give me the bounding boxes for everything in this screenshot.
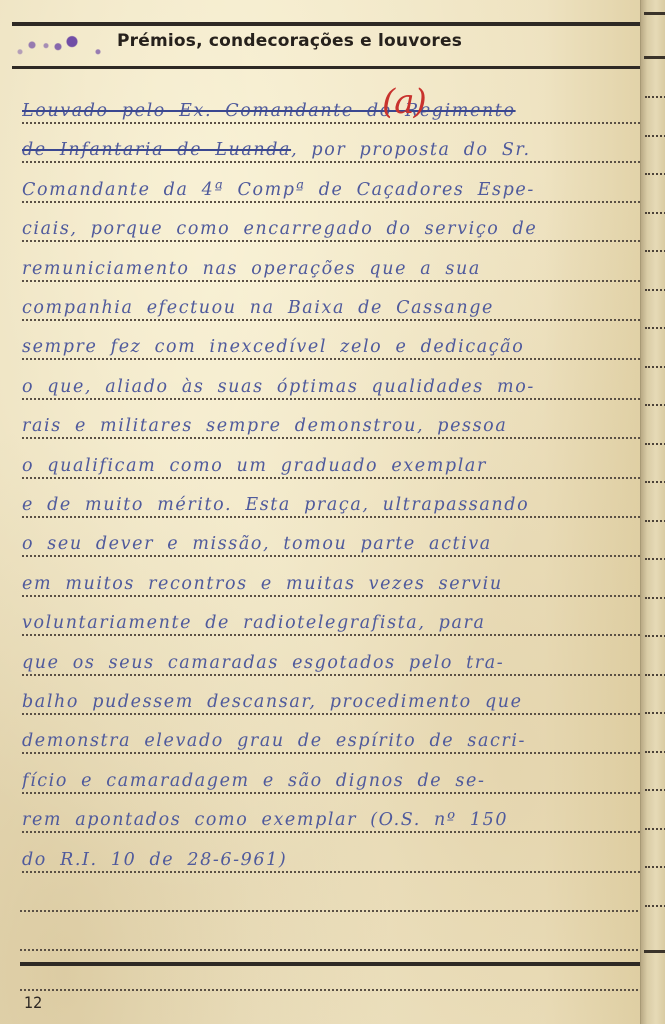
next-page-rule <box>644 950 665 953</box>
ruled-line <box>20 907 638 951</box>
section-title: Prémios, condecorações e louvores <box>117 31 462 51</box>
line-text: sempre fez com inexcedível zelo e dedica… <box>22 337 524 357</box>
handwritten-line-text: Louvado pelo Ex. Comandante do Regimento <box>22 101 640 121</box>
ruled-line: ciais, porque como encarregado do serviç… <box>22 198 640 242</box>
ruled-line: balho pudessem descansar, procedimento q… <box>22 671 640 715</box>
next-page-dotted-line <box>645 250 665 252</box>
handwritten-line-text: balho pudessem descansar, procedimento q… <box>22 692 640 712</box>
next-page-dotted-line <box>645 789 665 791</box>
line-text: ciais, porque como encarregado do serviç… <box>22 219 537 239</box>
footer-rule <box>20 962 640 966</box>
handwritten-line-text: demonstra elevado grau de espírito de sa… <box>22 731 640 751</box>
line-text: que os seus camaradas esgotados pelo tra… <box>22 653 504 673</box>
handwritten-line-text: que os seus camaradas esgotados pelo tra… <box>22 653 640 673</box>
ruled-line: Comandante da 4ª Compª de Caçadores Espe… <box>22 159 640 203</box>
line-text: o que, aliado às suas óptimas qualidades… <box>22 377 535 397</box>
handwritten-line-text: do R.I. 10 de 28-6-961) <box>22 850 640 870</box>
ruled-line: de Infantaria de Luanda, por proposta do… <box>22 119 640 163</box>
line-text: rem apontados como exemplar (O.S. nº 150 <box>22 810 508 830</box>
next-page-dotted-line <box>645 212 665 214</box>
line-text: demonstra elevado grau de espírito de sa… <box>22 731 526 751</box>
ruled-line: sempre fez com inexcedível zelo e dedica… <box>22 316 640 360</box>
header-top-rule <box>12 22 640 26</box>
ruled-line <box>20 868 638 912</box>
next-page-dotted-line <box>645 443 665 445</box>
handwritten-line-text: ciais, porque como encarregado do serviç… <box>22 219 640 239</box>
next-page-dotted-line <box>645 905 665 907</box>
ruled-line: que os seus camaradas esgotados pelo tra… <box>22 632 640 676</box>
ruled-line: e de muito mérito. Esta praça, ultrapass… <box>22 474 640 518</box>
next-page-dotted-line <box>645 520 665 522</box>
next-page-rule <box>644 56 665 59</box>
line-text: o seu dever e missão, tomou parte activa <box>22 534 492 554</box>
handwritten-line-text: remuniciamento nas operações que a sua <box>22 259 640 279</box>
handwritten-line-text: Comandante da 4ª Compª de Caçadores Espe… <box>22 180 640 200</box>
handwritten-line-text: o qualificam como um graduado exemplar <box>22 456 640 476</box>
next-page-dotted-line <box>645 289 665 291</box>
next-page-rule <box>644 12 665 15</box>
next-page-edge <box>640 0 665 1024</box>
handwritten-line-text: sempre fez com inexcedível zelo e dedica… <box>22 337 640 357</box>
next-page-dotted-line <box>645 327 665 329</box>
ruled-line: o qualificam como um graduado exemplar <box>22 435 640 479</box>
struck-through-text: Louvado pelo Ex. Comandante do Regimento <box>22 101 516 121</box>
next-page-dotted-line <box>645 712 665 714</box>
handwritten-line-text: fício e camaradagem e são dignos de se- <box>22 771 640 791</box>
line-text: remuniciamento nas operações que a sua <box>22 259 481 279</box>
next-page-dotted-line <box>645 481 665 483</box>
handwritten-line-text: e de muito mérito. Esta praça, ultrapass… <box>22 495 640 515</box>
ruled-line: em muitos recontros e muitas vezes servi… <box>22 553 640 597</box>
handwritten-line-text: o seu dever e missão, tomou parte activa <box>22 534 640 554</box>
line-text: e de muito mérito. Esta praça, ultrapass… <box>22 495 529 515</box>
next-page-dotted-line <box>645 635 665 637</box>
next-page-dotted-line <box>645 366 665 368</box>
line-text: balho pudessem descansar, procedimento q… <box>22 692 523 712</box>
line-text: voluntariamente de radiotelegrafista, pa… <box>22 613 485 633</box>
next-page-dotted-line <box>645 404 665 406</box>
line-text: do R.I. 10 de 28-6-961) <box>22 850 287 870</box>
ink-stamp-smudge <box>10 28 110 62</box>
next-page-dotted-line <box>645 135 665 137</box>
handwritten-line-text: rais e militares sempre demonstrou, pess… <box>22 416 640 436</box>
ruled-line: rem apontados como exemplar (O.S. nº 150 <box>22 789 640 833</box>
handwritten-line-text: em muitos recontros e muitas vezes servi… <box>22 574 640 594</box>
next-page-dotted-line <box>645 866 665 868</box>
line-text: rais e militares sempre demonstrou, pess… <box>22 416 507 436</box>
line-text: companhia efectuou na Baixa de Cassange <box>22 298 494 318</box>
ruled-line: companhia efectuou na Baixa de Cassange <box>22 277 640 321</box>
handwritten-line-text: rem apontados como exemplar (O.S. nº 150 <box>22 810 640 830</box>
page-number: 12 <box>24 993 42 1012</box>
line-text: fício e camaradagem e são dignos de se- <box>22 771 485 791</box>
ruled-line: remuniciamento nas operações que a sua <box>22 238 640 282</box>
header-bottom-rule <box>12 66 640 69</box>
next-page-dotted-line <box>645 751 665 753</box>
next-page-dotted-line <box>645 558 665 560</box>
ruled-line: Louvado pelo Ex. Comandante do Regimento <box>22 80 640 124</box>
line-text: o qualificam como um graduado exemplar <box>22 456 487 476</box>
ruled-line: demonstra elevado grau de espírito de sa… <box>22 710 640 754</box>
ruled-line: voluntariamente de radiotelegrafista, pa… <box>22 592 640 636</box>
line-text: em muitos recontros e muitas vezes servi… <box>22 574 503 594</box>
next-page-dotted-line <box>645 828 665 830</box>
handwritten-line-text: voluntariamente de radiotelegrafista, pa… <box>22 613 640 633</box>
ruled-line: fício e camaradagem e são dignos de se- <box>22 750 640 794</box>
ruled-line: rais e militares sempre demonstrou, pess… <box>22 395 640 439</box>
handwritten-line-text: o que, aliado às suas óptimas qualidades… <box>22 377 640 397</box>
next-page-dotted-line <box>645 674 665 676</box>
next-page-dotted-line <box>645 96 665 98</box>
next-page-dotted-line <box>645 173 665 175</box>
red-annotation: (a) <box>382 82 426 122</box>
ledger-page: Prémios, condecorações e louvores Louvad… <box>0 0 640 1024</box>
ruled-line: o que, aliado às suas óptimas qualidades… <box>22 356 640 400</box>
next-page-dotted-line <box>645 597 665 599</box>
ruled-line: do R.I. 10 de 28-6-961) <box>22 829 640 873</box>
ruled-line <box>20 947 638 991</box>
line-text: Comandante da 4ª Compª de Caçadores Espe… <box>22 180 535 200</box>
line-text: , por proposta do Sr. <box>291 140 531 160</box>
struck-through-text: de Infantaria de Luanda <box>22 140 291 160</box>
ruled-line: o seu dever e missão, tomou parte activa <box>22 513 640 557</box>
handwritten-line-text: de Infantaria de Luanda, por proposta do… <box>22 140 640 160</box>
handwritten-line-text: companhia efectuou na Baixa de Cassange <box>22 298 640 318</box>
